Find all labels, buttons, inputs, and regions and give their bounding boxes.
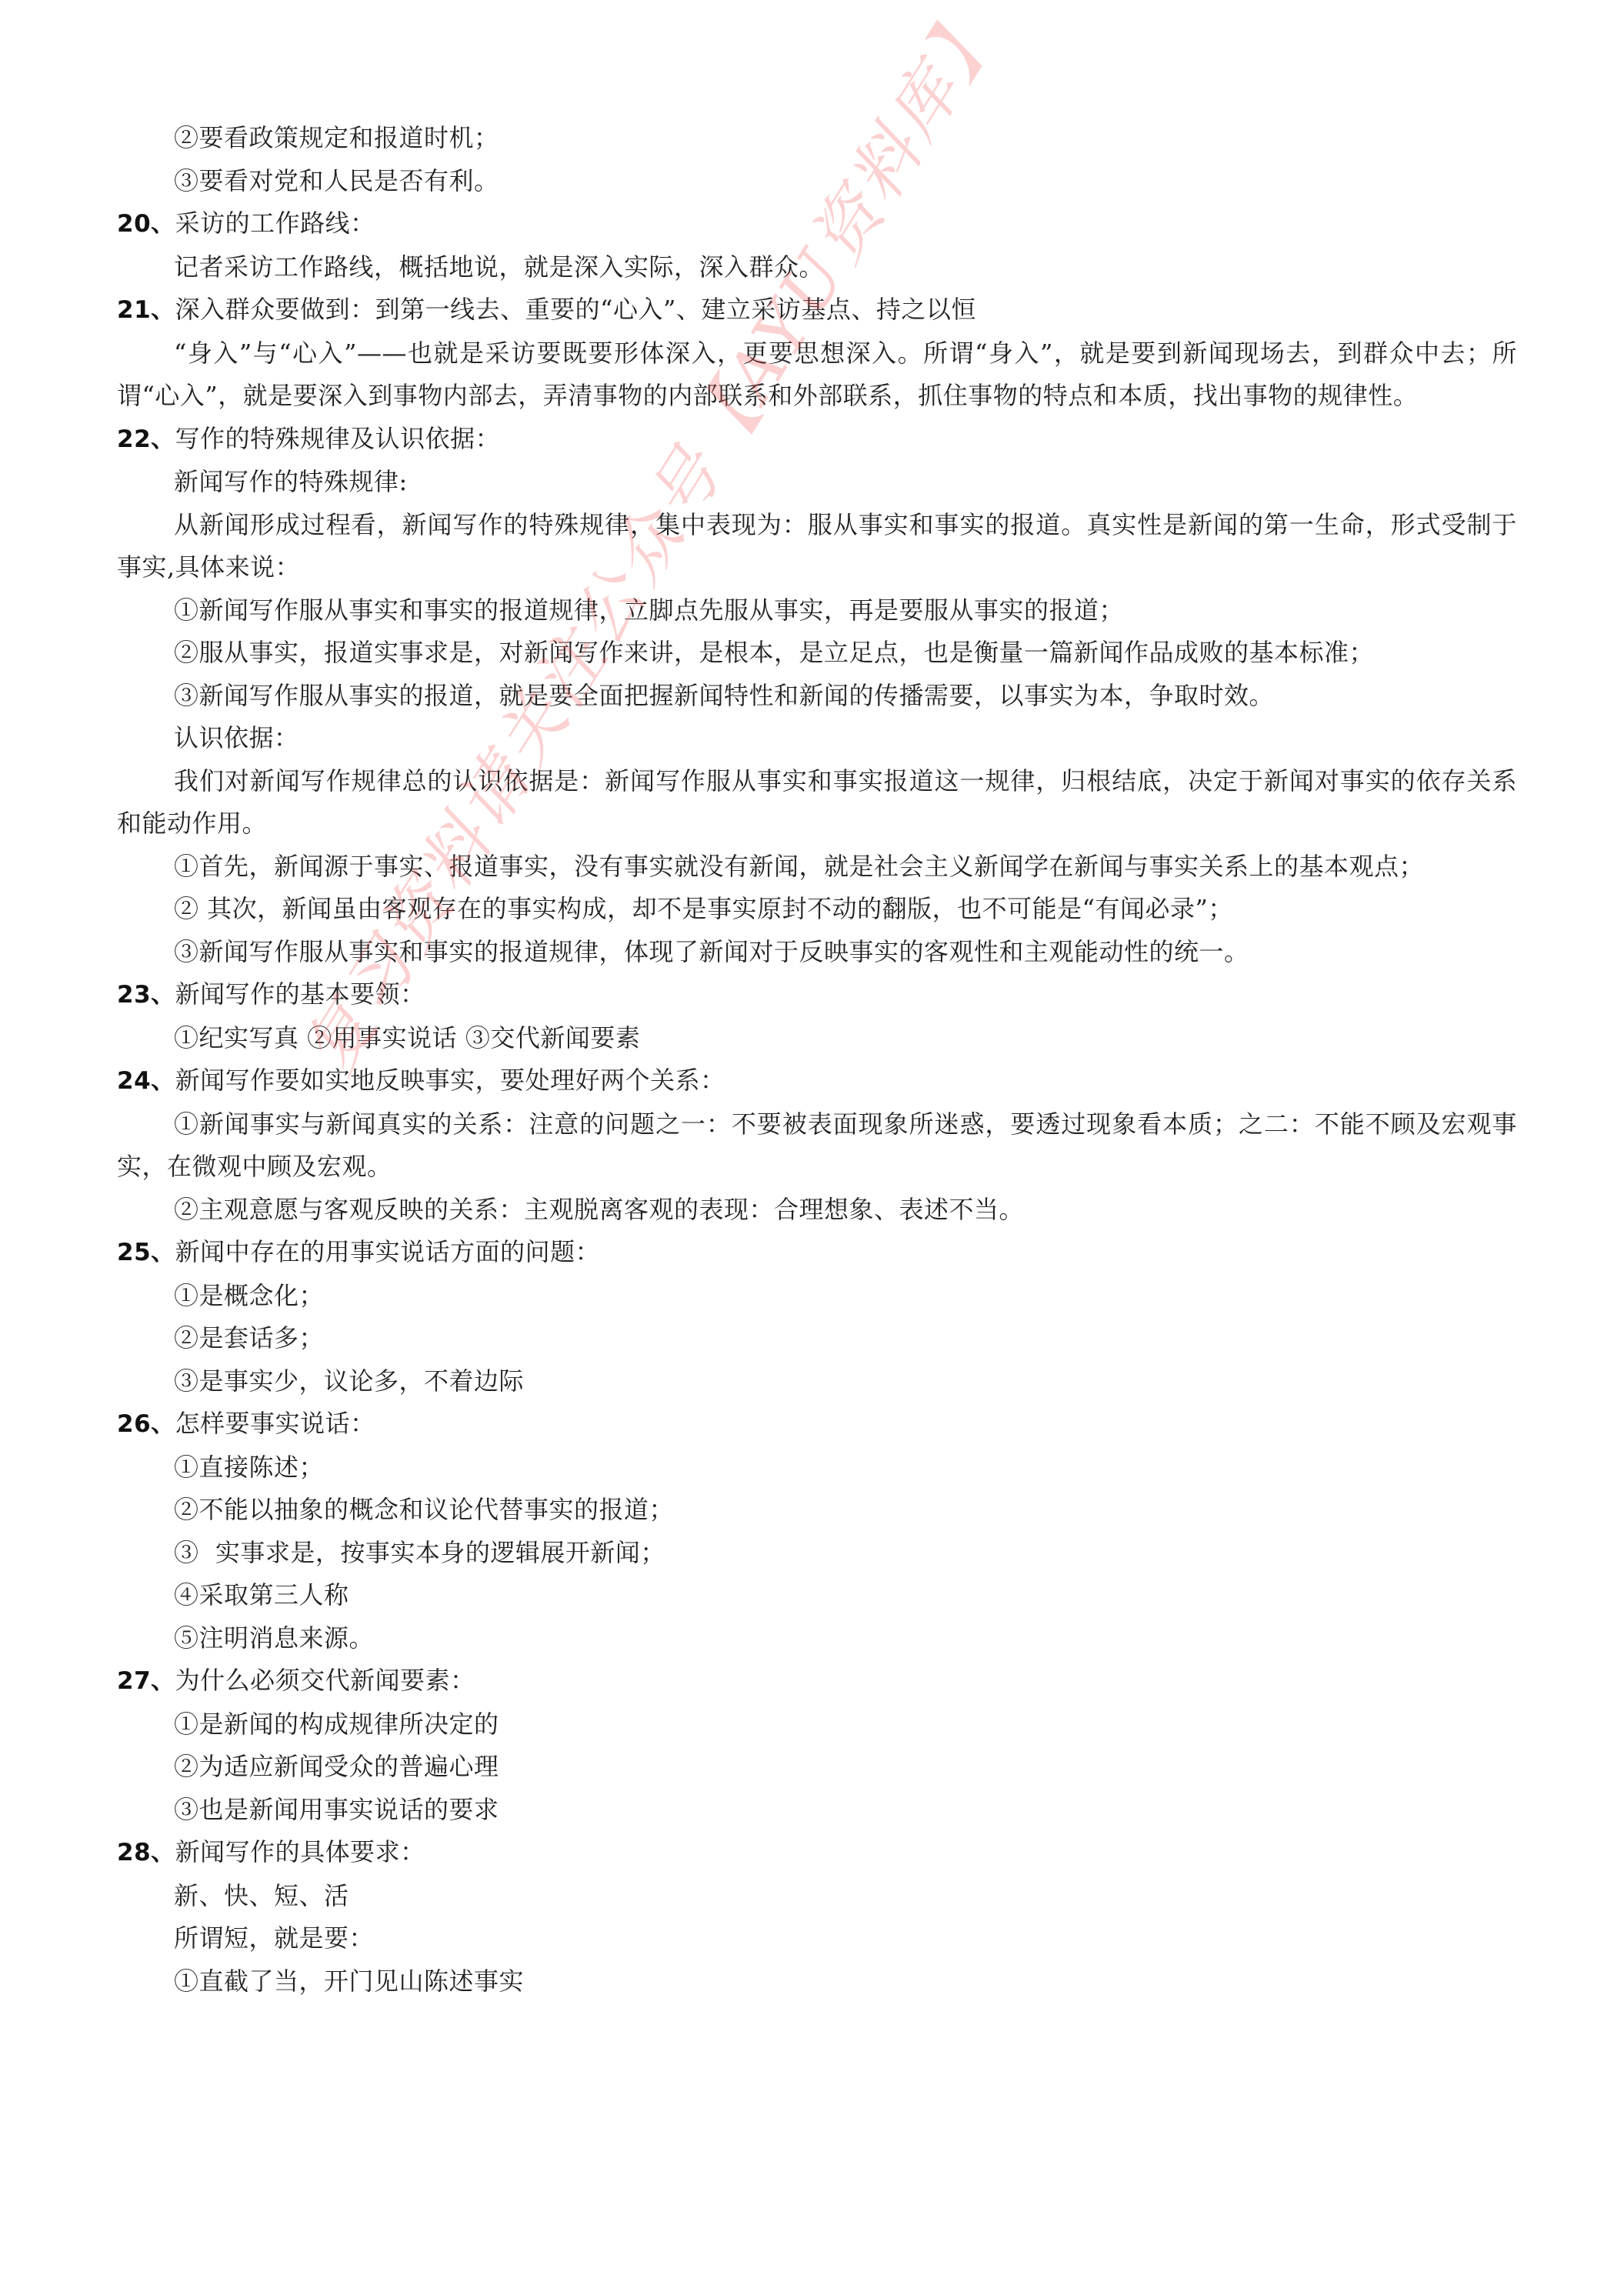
- list-item: ①是概念化；: [117, 1275, 1517, 1318]
- list-item: ③新闻写作服从事实和事实的报道规律，体现了新闻对于反映事实的客观性和主观能动性的…: [117, 931, 1517, 974]
- list-item: ③也是新闻用事实说话的要求: [117, 1789, 1517, 1832]
- paragraph: ①新闻事实与新闻真实的关系：注意的问题之一：不要被表面现象所迷惑，要透过现象看本…: [117, 1103, 1517, 1189]
- list-item: ①新闻写作服从事实和事实的报道规律，立脚点先服从事实，再是要服从事实的报道；: [117, 589, 1517, 632]
- section-number: 21、: [117, 296, 175, 324]
- section-title: 为什么必须交代新闻要素：: [175, 1666, 475, 1695]
- section-heading: 22、写作的特殊规律及认识依据：: [117, 418, 1517, 462]
- section-heading: 20、采访的工作路线：: [117, 202, 1517, 246]
- section-heading: 23、新闻写作的基本要领：: [117, 973, 1517, 1017]
- section-title: 新闻写作要如实地反映事实，要处理好两个关系：: [175, 1066, 725, 1095]
- list-item: ②是套话多；: [117, 1317, 1517, 1360]
- list-item: 新、快、短、活: [117, 1875, 1517, 1918]
- section-number: 27、: [117, 1667, 175, 1695]
- section-title: 深入群众要做到：到第一线去、重要的“心入”、建立采访基点、持之以恒: [175, 295, 976, 324]
- section-title: 新闻写作的具体要求：: [175, 1837, 425, 1866]
- list-item: ③ 实事求是，按事实本身的逻辑展开新闻；: [117, 1532, 1517, 1575]
- list-item: 认识依据：: [117, 717, 1517, 760]
- paragraph: 从新闻形成过程看，新闻写作的特殊规律，集中表现为：服从事实和事实的报道。真实性是…: [117, 504, 1517, 589]
- section-number: 24、: [117, 1067, 175, 1095]
- list-item: ①直截了当，开门见山陈述事实: [117, 1960, 1517, 2003]
- section-heading: 25、新闻中存在的用事实说话方面的问题：: [117, 1231, 1517, 1275]
- section-number: 28、: [117, 1839, 175, 1866]
- section-title: 新闻写作的基本要领：: [175, 979, 425, 1009]
- list-item: 新闻写作的特殊规律:: [117, 461, 1517, 504]
- list-item: 所谓短，就是要：: [117, 1917, 1517, 1960]
- list-item: ②不能以抽象的概念和议论代替事实的报道；: [117, 1489, 1517, 1532]
- list-item: ③是事实少，议论多，不着边际: [117, 1360, 1517, 1403]
- section-number: 22、: [117, 425, 175, 453]
- paragraph: “身入”与“心入”——也就是采访要既要形体深入，更要思想深入。所谓“身入”，就是…: [117, 332, 1517, 418]
- list-item: ⑤注明消息来源。: [117, 1617, 1517, 1660]
- list-item: ①纪实写真 ②用事实说话 ③交代新闻要素: [117, 1017, 1517, 1060]
- list-item: ③新闻写作服从事实的报道，就是要全面把握新闻特性和新闻的传播需要，以事实为本，争…: [117, 675, 1517, 718]
- section-heading: 27、为什么必须交代新闻要素：: [117, 1660, 1517, 1703]
- section-title: 采访的工作路线：: [175, 208, 375, 238]
- section-heading: 26、怎样要事实说话：: [117, 1403, 1517, 1446]
- section-heading: 28、新闻写作的具体要求：: [117, 1831, 1517, 1875]
- list-item: ④采取第三人称: [117, 1574, 1517, 1617]
- section-heading: 24、新闻写作要如实地反映事实，要处理好两个关系：: [117, 1059, 1517, 1103]
- list-item: ②主观意愿与客观反映的关系：主观脱离客观的表现：合理想象、表述不当。: [117, 1189, 1517, 1232]
- section-title: 怎样要事实说话：: [175, 1409, 375, 1438]
- paragraph: ①首先，新闻源于事实、报道事实，没有事实就没有新闻，就是社会主义新闻学在新闻与事…: [117, 846, 1517, 889]
- list-item: ①是新闻的构成规律所决定的: [117, 1703, 1517, 1746]
- section-number: 23、: [117, 981, 175, 1009]
- list-item: ①直接陈述；: [117, 1446, 1517, 1489]
- section-title: 新闻中存在的用事实说话方面的问题：: [175, 1237, 601, 1266]
- list-item: ② 其次，新闻虽由客观存在的事实构成，却不是事实原封不动的翻版，也不可能是“有闻…: [117, 888, 1517, 931]
- section-heading: 21、深入群众要做到：到第一线去、重要的“心入”、建立采访基点、持之以恒: [117, 289, 1517, 332]
- list-item: ③要看对党和人民是否有利。: [117, 160, 1517, 203]
- section-number: 20、: [117, 210, 175, 238]
- document-page: ②要看政策规定和报道时机；③要看对党和人民是否有利。20、采访的工作路线：记者采…: [0, 0, 1624, 2295]
- list-item: ②要看政策规定和报道时机；: [117, 117, 1517, 160]
- document-body: ②要看政策规定和报道时机；③要看对党和人民是否有利。20、采访的工作路线：记者采…: [117, 117, 1517, 2003]
- section-number: 25、: [117, 1239, 175, 1266]
- list-item: 记者采访工作路线，概括地说，就是深入实际，深入群众。: [117, 246, 1517, 289]
- list-item: ②服从事实，报道实事求是，对新闻写作来讲，是根本，是立足点，也是衡量一篇新闻作品…: [117, 632, 1517, 675]
- paragraph: 我们对新闻写作规律总的认识依据是：新闻写作服从事实和事实报道这一规律，归根结底，…: [117, 760, 1517, 846]
- section-title: 写作的特殊规律及认识依据：: [175, 424, 501, 453]
- section-number: 26、: [117, 1410, 175, 1438]
- list-item: ②为适应新闻受众的普遍心理: [117, 1746, 1517, 1789]
